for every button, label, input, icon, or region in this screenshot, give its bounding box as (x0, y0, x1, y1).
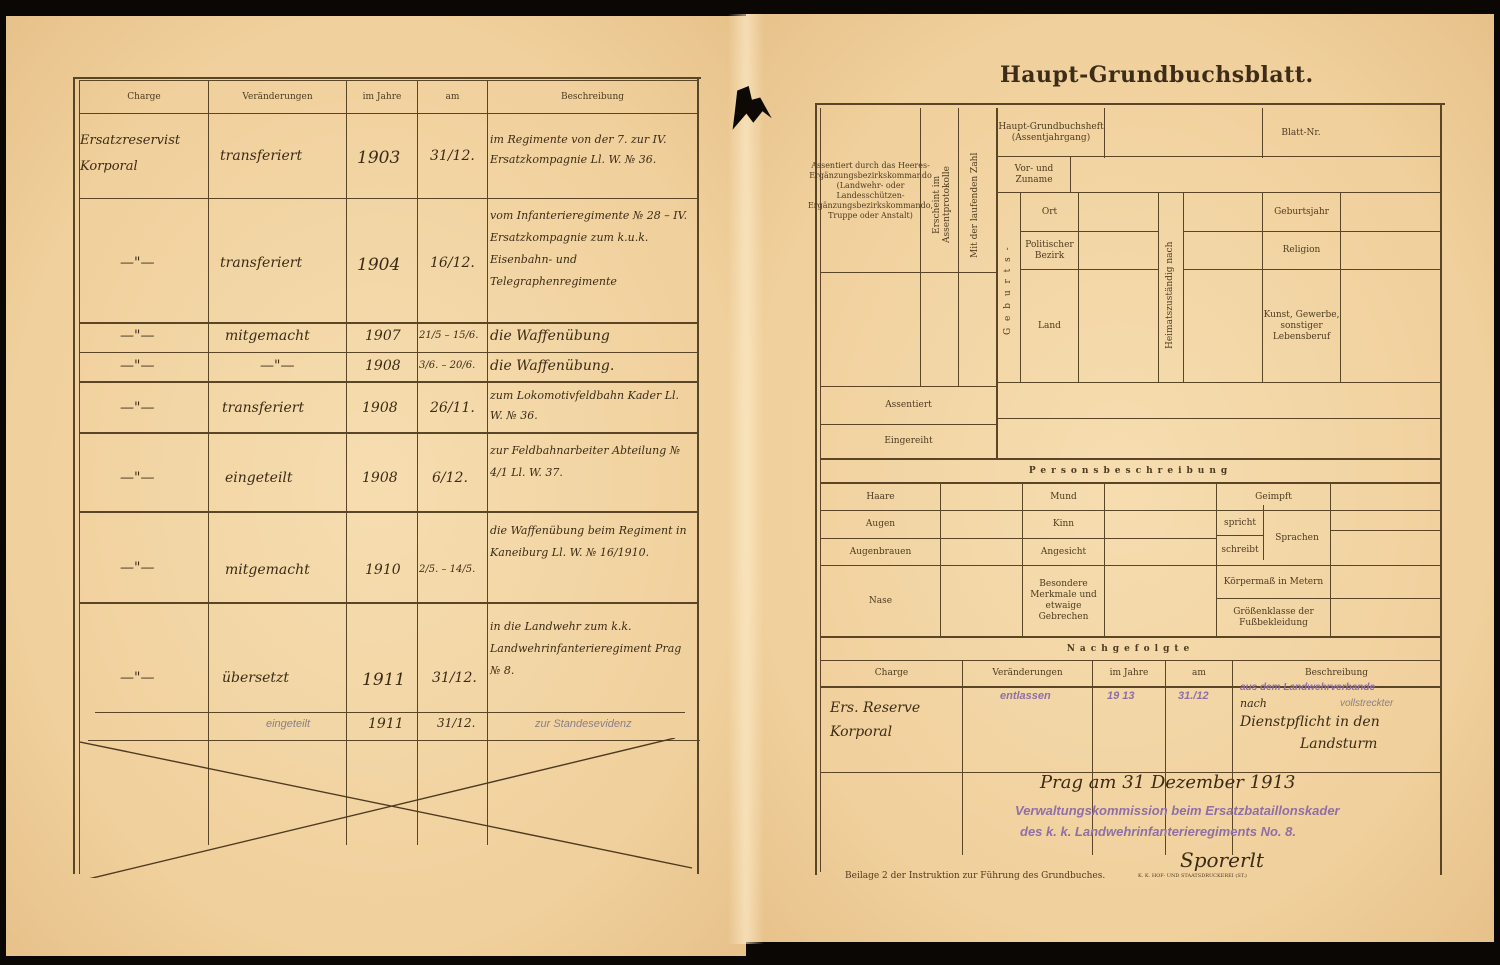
nach-desc-hand2: Dienstpflicht in den (1240, 714, 1380, 730)
speaks-label: spricht (1217, 511, 1263, 535)
row6-date: 6/12. (432, 470, 468, 486)
grundbuchsheft-field[interactable] (1104, 110, 1262, 156)
home-jurisdiction-label: Heimatszuständig nach (1165, 220, 1175, 370)
subsequent-title: Nachgefolgte (821, 638, 1440, 660)
name-field[interactable] (1071, 157, 1440, 192)
nach-desc-hand1: nach (1240, 697, 1267, 710)
eyebrows-label: Augenbrauen (821, 539, 940, 565)
row3-year: 1907 (365, 328, 401, 344)
col-header-date: am (418, 81, 487, 113)
col-header-charge: Charge (80, 81, 208, 113)
row7-year: 1910 (365, 562, 401, 578)
hair-label: Haare (821, 484, 940, 510)
chin-label: Kinn (1023, 511, 1104, 538)
grundbuchsheft-label: Haupt-Grundbuchsheft (Assentjahrgang) (998, 110, 1104, 156)
row1-description: im Regimente von der 7. zur IV. Ersatzko… (490, 130, 695, 170)
row4-change: —"— (260, 358, 294, 374)
cross-out-mark (80, 738, 700, 878)
nach-desc-stamp1: aus dem Landwehrverbande (1240, 682, 1375, 693)
nach-charge: Ers. Reserve Korporal (830, 696, 950, 744)
languages-label: Sprachen (1264, 511, 1330, 565)
col-header-changes: Veränderungen (209, 81, 346, 113)
row6-year: 1908 (362, 470, 398, 486)
nach-desc-stamp2: vollstreckter (1340, 698, 1393, 709)
nach-col-charge: Charge (821, 661, 962, 686)
assented-label: Assentiert (821, 387, 996, 424)
stamp-row-date: 31/12. (437, 716, 475, 730)
nach-date: 31./12 (1178, 690, 1209, 702)
row8-year: 1911 (362, 670, 405, 690)
row8-description: in die Landwehr zum k.k. Landwehrinfante… (490, 616, 695, 682)
row6-description: zur Feldbahnarbeiter Abteilung № 4/1 Ll.… (490, 440, 695, 484)
sheet-number-label: Blatt-Nr. (1262, 110, 1340, 156)
row2-charge: —"— (120, 255, 154, 271)
face-label: Angesicht (1023, 539, 1104, 565)
assent-protocol-label: Erscheint im Assentprotokolle (932, 140, 952, 270)
row7-change: mitgemacht (225, 562, 310, 578)
office-stamp-line1: Verwaltungskommission beim Ersatzbataill… (1015, 803, 1340, 818)
stamp-standesevidenz: zur Standesevidenz (535, 718, 632, 730)
birth-year-label: Geburtsjahr (1263, 193, 1340, 231)
birth-country-label: Land (1021, 270, 1078, 382)
row2-year: 1904 (357, 255, 400, 275)
row4-charge: —"— (120, 358, 154, 374)
row2-change: transferiert (220, 255, 302, 271)
col-header-description: Beschreibung (488, 81, 697, 113)
row1-change: transferiert (220, 148, 302, 164)
row5-year: 1908 (362, 400, 398, 416)
nach-change-stamp: entlassen (1000, 690, 1051, 702)
writes-label: schreibt (1217, 536, 1263, 565)
row3-description: die Waffenübung (490, 328, 610, 344)
row7-date: 2/5. – 14/5. (419, 564, 475, 575)
col-header-year: im Jahre (347, 81, 417, 113)
printer-note: K. K. HOF- UND STAATSDRUCKEREI (ST.) (1138, 868, 1278, 884)
place-date-handwritten: Prag am 31 Dezember 1913 (1040, 772, 1295, 793)
vaccinated-label: Geimpft (1217, 484, 1330, 510)
running-number-label: Mit der laufenden Zahl (970, 140, 980, 270)
row7-description: die Waffenübung beim Regiment in Kaneibu… (490, 520, 705, 564)
row2-description: vom Infanterieregimente № 28 – IV. Ersat… (490, 205, 695, 293)
nach-col-year: im Jahre (1093, 661, 1165, 686)
nach-desc-hand3: Landsturm (1300, 736, 1377, 752)
mouth-label: Mund (1023, 484, 1104, 510)
stamp-assigned: eingeteilt (266, 718, 310, 730)
nach-col-date: am (1166, 661, 1232, 686)
row1-year: 1903 (357, 148, 400, 168)
page-fold (728, 14, 764, 944)
person-description-title: Personsbeschreibung (821, 460, 1440, 482)
enlisted-label: Eingereiht (821, 425, 996, 458)
birth-place-label: Ort (1021, 193, 1078, 231)
assented-by-label: Assentiert durch das Heeres-Ergänzungsbe… (821, 110, 920, 272)
nach-year: 19 13 (1107, 690, 1135, 702)
page-title: Haupt-Grundbuchsblatt. (1000, 62, 1314, 88)
row5-charge: —"— (120, 400, 154, 416)
nach-col-changes: Veränderungen (963, 661, 1092, 686)
occupation-label: Kunst, Gewerbe, sonstiger Lebensberuf (1263, 270, 1340, 382)
sheet-number-field[interactable] (1340, 110, 1440, 156)
religion-label: Religion (1263, 232, 1340, 269)
height-label: Körpermaß in Metern (1217, 566, 1330, 598)
eyes-label: Augen (821, 511, 940, 538)
row4-year: 1908 (365, 358, 401, 374)
birth-label: G e b u r t s - (1003, 230, 1013, 350)
row3-date: 21/5 – 15/6. (419, 330, 478, 341)
row5-description: zum Lokomotivfeldbahn Kader Ll. W. № 36. (490, 386, 695, 426)
row8-change: übersetzt (222, 670, 289, 686)
row8-date: 31/12. (432, 670, 477, 686)
stamp-row-year: 1911 (368, 716, 404, 732)
row4-description: die Waffenübung. (490, 358, 614, 374)
special-marks-label: Besondere Merkmale und etwaige Gebrechen (1023, 566, 1104, 636)
row4-date: 3/6. – 20/6. (419, 360, 475, 371)
row2-date: 16/12. (430, 255, 475, 271)
row1-charge: Ersatzreservist Korporal (80, 128, 208, 180)
office-stamp-line2: des k. k. Landwehrinfanterieregiments No… (1020, 824, 1296, 839)
row5-date: 26/11. (430, 400, 475, 416)
row3-charge: —"— (120, 328, 154, 344)
row5-change: transferiert (222, 400, 304, 416)
row8-charge: —"— (120, 670, 154, 686)
row7-charge: —"— (120, 560, 154, 576)
birth-district-label: Politischer Bezirk (1021, 232, 1078, 269)
row6-change: eingeteilt (225, 470, 293, 486)
row3-change: mitgemacht (225, 328, 310, 344)
row1-date: 31/12. (430, 148, 475, 164)
name-label: Vor- und Zuname (998, 157, 1070, 192)
nose-label: Nase (821, 566, 940, 636)
shoe-size-label: Größenklasse der Fußbekleidung (1217, 599, 1330, 636)
row6-charge: —"— (120, 470, 154, 486)
footer-note: Beilage 2 der Instruktion zur Führung de… (845, 868, 1135, 884)
